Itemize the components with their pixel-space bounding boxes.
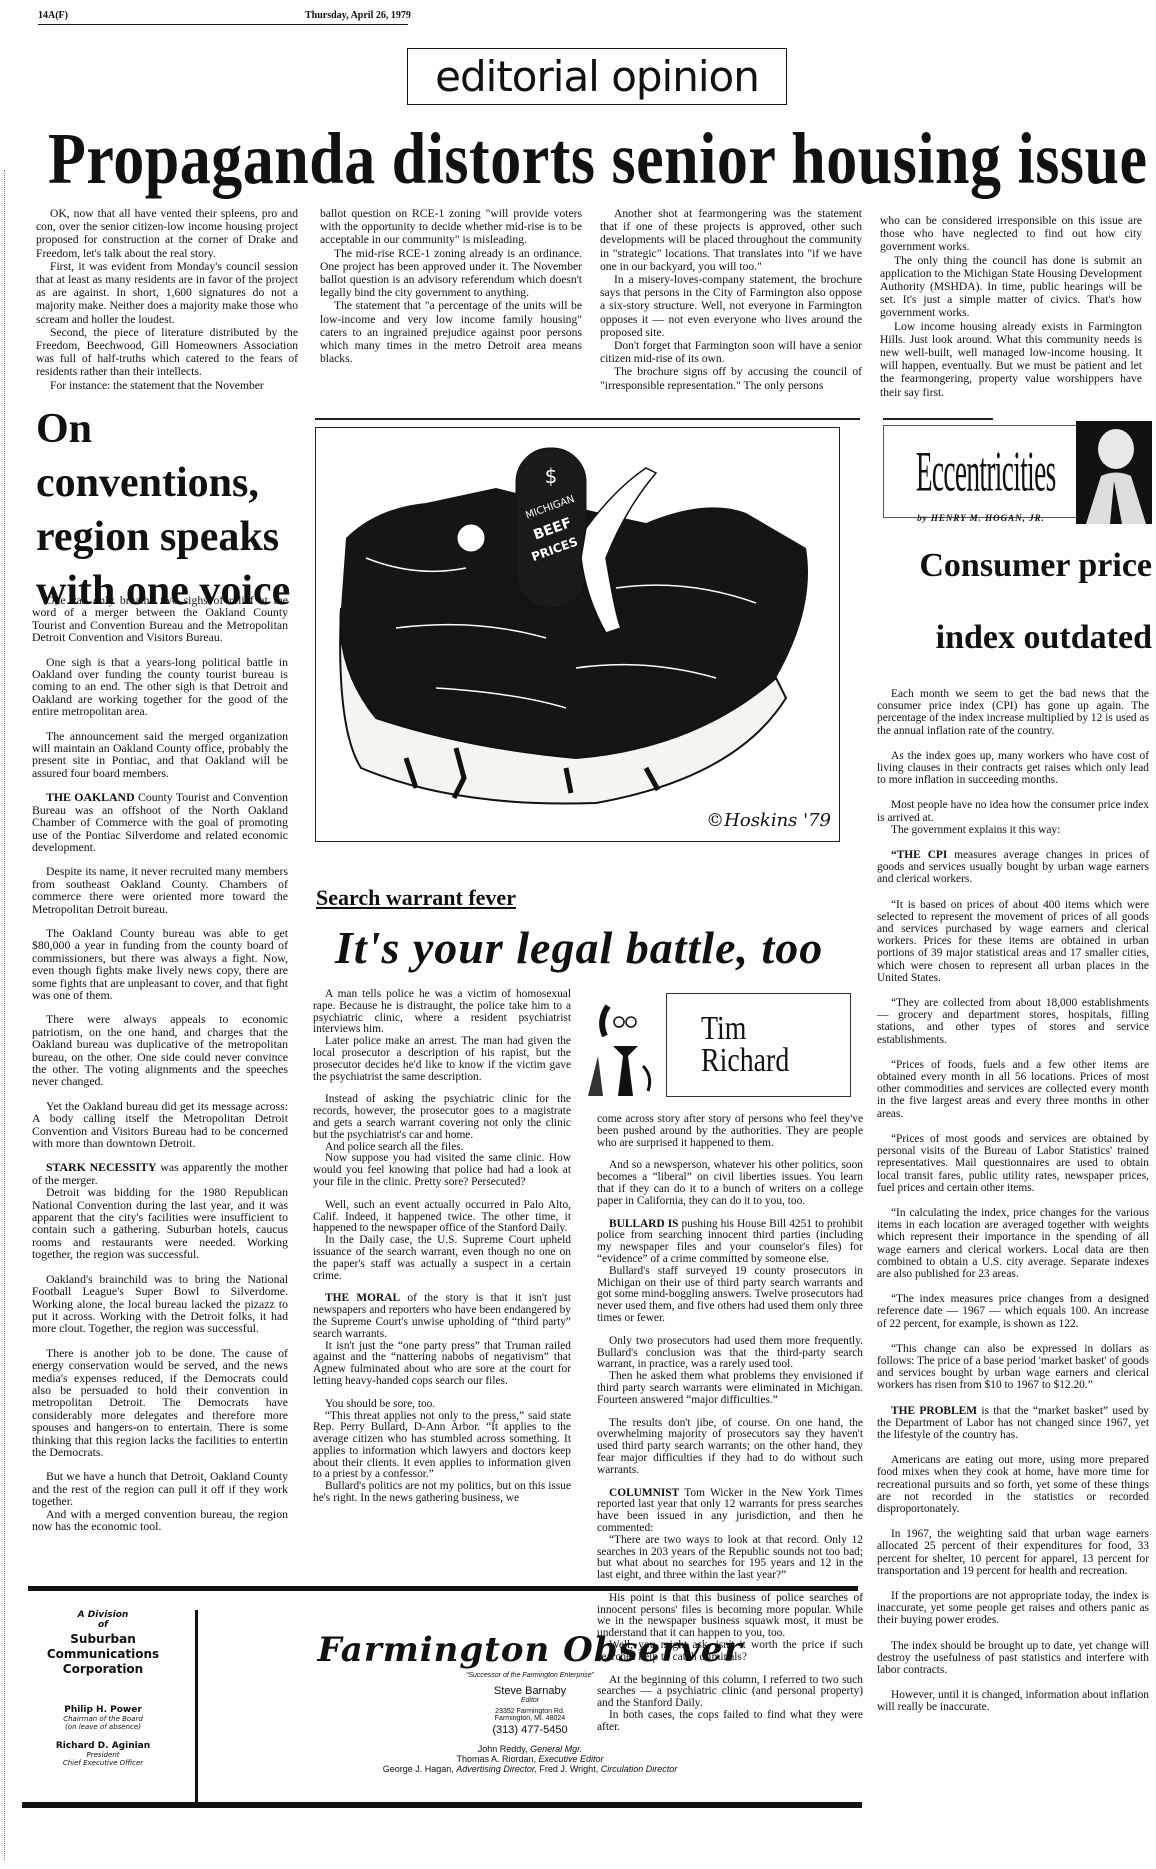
headline-line: index outdated [880,602,1152,674]
paragraph: Oakland's brainchild was to bring the Na… [32,1273,288,1335]
paragraph: “THE CPI measures average changes in pri… [877,849,1149,886]
paragraph: The brochure signs off by accusing the c… [600,365,862,391]
headline-line: On conventions, [36,402,298,510]
masthead-divider [195,1610,198,1805]
paragraph: One can only breathe two sighs of relief… [32,594,288,644]
page-number: 14A(F) [38,10,68,21]
paragraph: Detroit was bidding for the 1980 Republi… [32,1186,288,1260]
chairman-name: Philip H. Power [18,1705,188,1715]
paragraph: STARK NECESSITY was apparently the mothe… [32,1161,288,1186]
paragraph: A man tells police he was a victim of ho… [313,989,571,1036]
circulation-director-title: Circulation Director [601,1764,678,1774]
paragraph: As the index goes up, many workers who h… [877,750,1149,787]
paragraph: “This change can also be expressed in do… [877,1343,1149,1392]
paragraph: The mid-rise RCE-1 zoning already is an … [320,247,582,300]
editor-title: Editor [200,1697,860,1704]
paragraph: In 1967, the weighting said that urban w… [877,1528,1149,1577]
byline: by HENRY M. HOGAN, JR. [876,513,1086,523]
division-label: of [18,1620,188,1630]
division-label: A Division [18,1610,188,1620]
gm-name: John Reddy, [478,1744,528,1754]
eccentricities-logo-box: Eccentricities [883,425,1088,518]
address-line-2: Farmington, MI. 48024 [200,1715,860,1722]
paragraph: Low income housing already exists in Far… [880,320,1142,399]
section-divider [315,418,860,420]
cartoonist-signature: ©Hoskins '79 [706,810,831,831]
editor-name: Steve Barnaby [200,1685,860,1697]
lead-in: THE MORAL [325,1292,400,1304]
corporation-name: Suburban Communications Corporation [18,1632,188,1677]
paragraph: The statement that "a percentage of the … [320,299,582,365]
phone-number: (313) 477-5450 [200,1724,860,1736]
paragraph: Each month we seem to get the bad news t… [877,688,1149,737]
paragraph: If the proportions are not appropriate t… [877,1590,1149,1627]
paragraph: Don't forget that Farmington soon will h… [600,339,862,365]
paragraph: “It is based on prices of about 400 item… [877,899,1149,984]
beef-steak-illustration: $ MICHIGAN BEEF PRICES [316,428,840,842]
paragraph: THE MORAL of the story is that it isn't … [313,1293,571,1340]
paragraph: Then he asked them what problems they en… [597,1371,863,1406]
headline-line: Consumer price [880,530,1152,602]
paragraph: “Prices of most goods and services are o… [877,1133,1149,1194]
paragraph: The results don't jibe, of course. On on… [597,1418,863,1477]
column-headline: It's your legal battle, too [335,921,855,974]
portrait-icon [583,996,663,1102]
paragraph: Yet the Oakland bureau did get its messa… [32,1100,288,1150]
paragraph: There were always appeals to economic pa… [32,1013,288,1087]
lead-in: STARK NECESSITY [46,1160,157,1174]
paper-masthead: Farmington Observer “Successor of the Fa… [200,1630,860,1774]
svg-text:$: $ [545,464,558,488]
paragraph: But we have a hunch that Detroit, Oaklan… [32,1470,288,1507]
publication-date: Thursday, April 26, 1979 [305,10,411,21]
ad-director-title: Advertising Director, [456,1764,537,1774]
paragraph: The only thing the council has done is s… [880,254,1142,320]
paragraph: Another shot at fearmongering was the st… [600,207,862,273]
lead-editorial-column-3: Another shot at fearmongering was the st… [600,207,862,392]
paragraph: come across story after story of persons… [597,1114,863,1149]
columnist-photo [1076,421,1152,524]
lead-editorial-column-2: ballot question on RCE-1 zoning "will pr… [320,207,582,365]
paragraph: There is another job to be done. The cau… [32,1347,288,1459]
paragraph: Now suppose you had visited the same cli… [313,1153,571,1188]
lead-editorial-column-4: who can be considered irresponsible on t… [880,214,1142,399]
paragraph: The government explains it this way: [877,824,1149,836]
paragraph: Bullard's politics are not my politics, … [313,1481,571,1505]
chairman-note: (on leave of absence) [18,1723,188,1731]
paragraph: Only two prosecutors had used them more … [597,1336,863,1371]
tim-richard-photo [583,996,663,1102]
lead-in: COLUMNIST [609,1487,679,1499]
paragraph: COLUMNIST Tom Wicker in the New York Tim… [597,1488,863,1535]
exec-editor-name: Thomas A. Riordan, [456,1754,536,1764]
lead-in: THE OAKLAND [46,790,135,804]
tagline: “Successor of the Farmington Enterprise” [200,1672,860,1679]
circulation-director-name: Fred J. Wright, [539,1764,598,1774]
paragraph: “There are two ways to look at that reco… [597,1535,863,1582]
paragraph: Americans are eating out more, using mor… [877,1454,1149,1515]
masthead-bottom-rule [22,1802,862,1808]
paper-name: Farmington Observer [200,1630,860,1670]
lead-editorial-column-1: OK, now that all have vented their splee… [36,207,298,392]
masthead-top-rule [28,1586,858,1591]
president-title: Chief Executive Officer [18,1759,188,1767]
portrait-icon [1076,421,1152,524]
paragraph: Most people have no idea how the consume… [877,799,1149,823]
lead-in: “THE CPI [891,849,947,861]
columnist-name-box: Tim Richard [666,993,851,1097]
paragraph: Second, the piece of literature distribu… [36,326,298,379]
gm-title: General Mgr. [530,1744,582,1754]
paragraph: And so a newsperson, whatever his other … [597,1160,863,1207]
editorial-cartoon: $ MICHIGAN BEEF PRICES ©Hoskins '79 [315,427,840,842]
exec-editor-title: Executive Editor [539,1754,604,1764]
chairman-title: Chairman of the Board [18,1715,188,1723]
tim-richard-column-1: A man tells police he was a victim of ho… [313,989,571,1505]
paragraph: Later police make an arrest. The man had… [313,1036,571,1083]
conventions-body: One can only breathe two sighs of relief… [32,582,288,1532]
paragraph: “They are collected from about 18,000 es… [877,997,1149,1046]
paragraph: In the Daily case, the U.S. Supreme Cour… [313,1235,571,1282]
lead-headline: Propaganda distorts senior housing issue [48,118,1148,202]
cpi-body: Each month we seem to get the bad news t… [877,675,1149,1714]
lead-in: BULLARD IS [609,1218,679,1230]
paragraph: The Oakland County bureau was able to ge… [32,927,288,1001]
paragraph: THE PROBLEM is that the “market basket” … [877,1405,1149,1442]
president-name: Richard D. Aginian [18,1741,188,1751]
paragraph: who can be considered irresponsible on t… [880,214,1142,254]
cpi-headline: Consumer price index outdated [880,530,1152,674]
address-line-1: 23352 Farmington Rd. [200,1708,860,1715]
header-rule [38,24,408,25]
paragraph: “This threat applies not only to the pre… [313,1411,571,1482]
paragraph: The announcement said the merged organiz… [32,730,288,780]
paragraph: You should be sore, too. [313,1399,571,1411]
paragraph: The index should be brought up to date, … [877,1640,1149,1677]
corporate-info: A Division of Suburban Communications Co… [18,1610,188,1767]
paragraph: Bullard's staff surveyed 19 county prose… [597,1266,863,1325]
paragraph: “In calculating the index, price changes… [877,1207,1149,1280]
left-margin-scan-artifacts [4,170,6,1860]
paragraph: ballot question on RCE-1 zoning "will pr… [320,207,582,247]
ad-director-name: George J. Hagan, [383,1764,454,1774]
column-name: Eccentricities [916,438,1056,504]
section-flag: editorial opinion [407,48,787,105]
paragraph: However, until it is changed, informatio… [877,1689,1149,1713]
paragraph: Instead of asking the psychiatric clinic… [313,1094,571,1141]
paragraph: One sigh is that a years-long political … [32,656,288,718]
paragraph: Well, such an event actually occurred in… [313,1200,571,1235]
president-title: President [18,1751,188,1759]
paragraph: First, it was evident from Monday's coun… [36,260,298,326]
paragraph: THE OAKLAND County Tourist and Conventio… [32,791,288,853]
paragraph: In a misery-loves-company statement, the… [600,273,862,339]
columnist-first-name: Tim [701,1013,823,1045]
paragraph: OK, now that all have vented their splee… [36,207,298,260]
paragraph: For instance: the statement that the Nov… [36,379,298,392]
paragraph: BULLARD IS pushing his House Bill 4251 t… [597,1219,863,1266]
lead-in: THE PROBLEM [891,1405,977,1417]
section-flag-text: editorial opinion [435,56,759,98]
headline-line: region speaks [36,510,298,564]
paragraph: And with a merged convention bureau, the… [32,1508,288,1533]
paragraph: It isn't just the “one party press” that… [313,1341,571,1388]
columnist-last-name: Richard [701,1045,823,1077]
paragraph: “Prices of foods, fuels and a few other … [877,1059,1149,1120]
paragraph: “The index measures price changes from a… [877,1293,1149,1330]
kicker-headline: Search warrant fever [316,885,516,911]
section-divider [883,418,993,420]
paragraph: Despite its name, it never recruited man… [32,865,288,915]
